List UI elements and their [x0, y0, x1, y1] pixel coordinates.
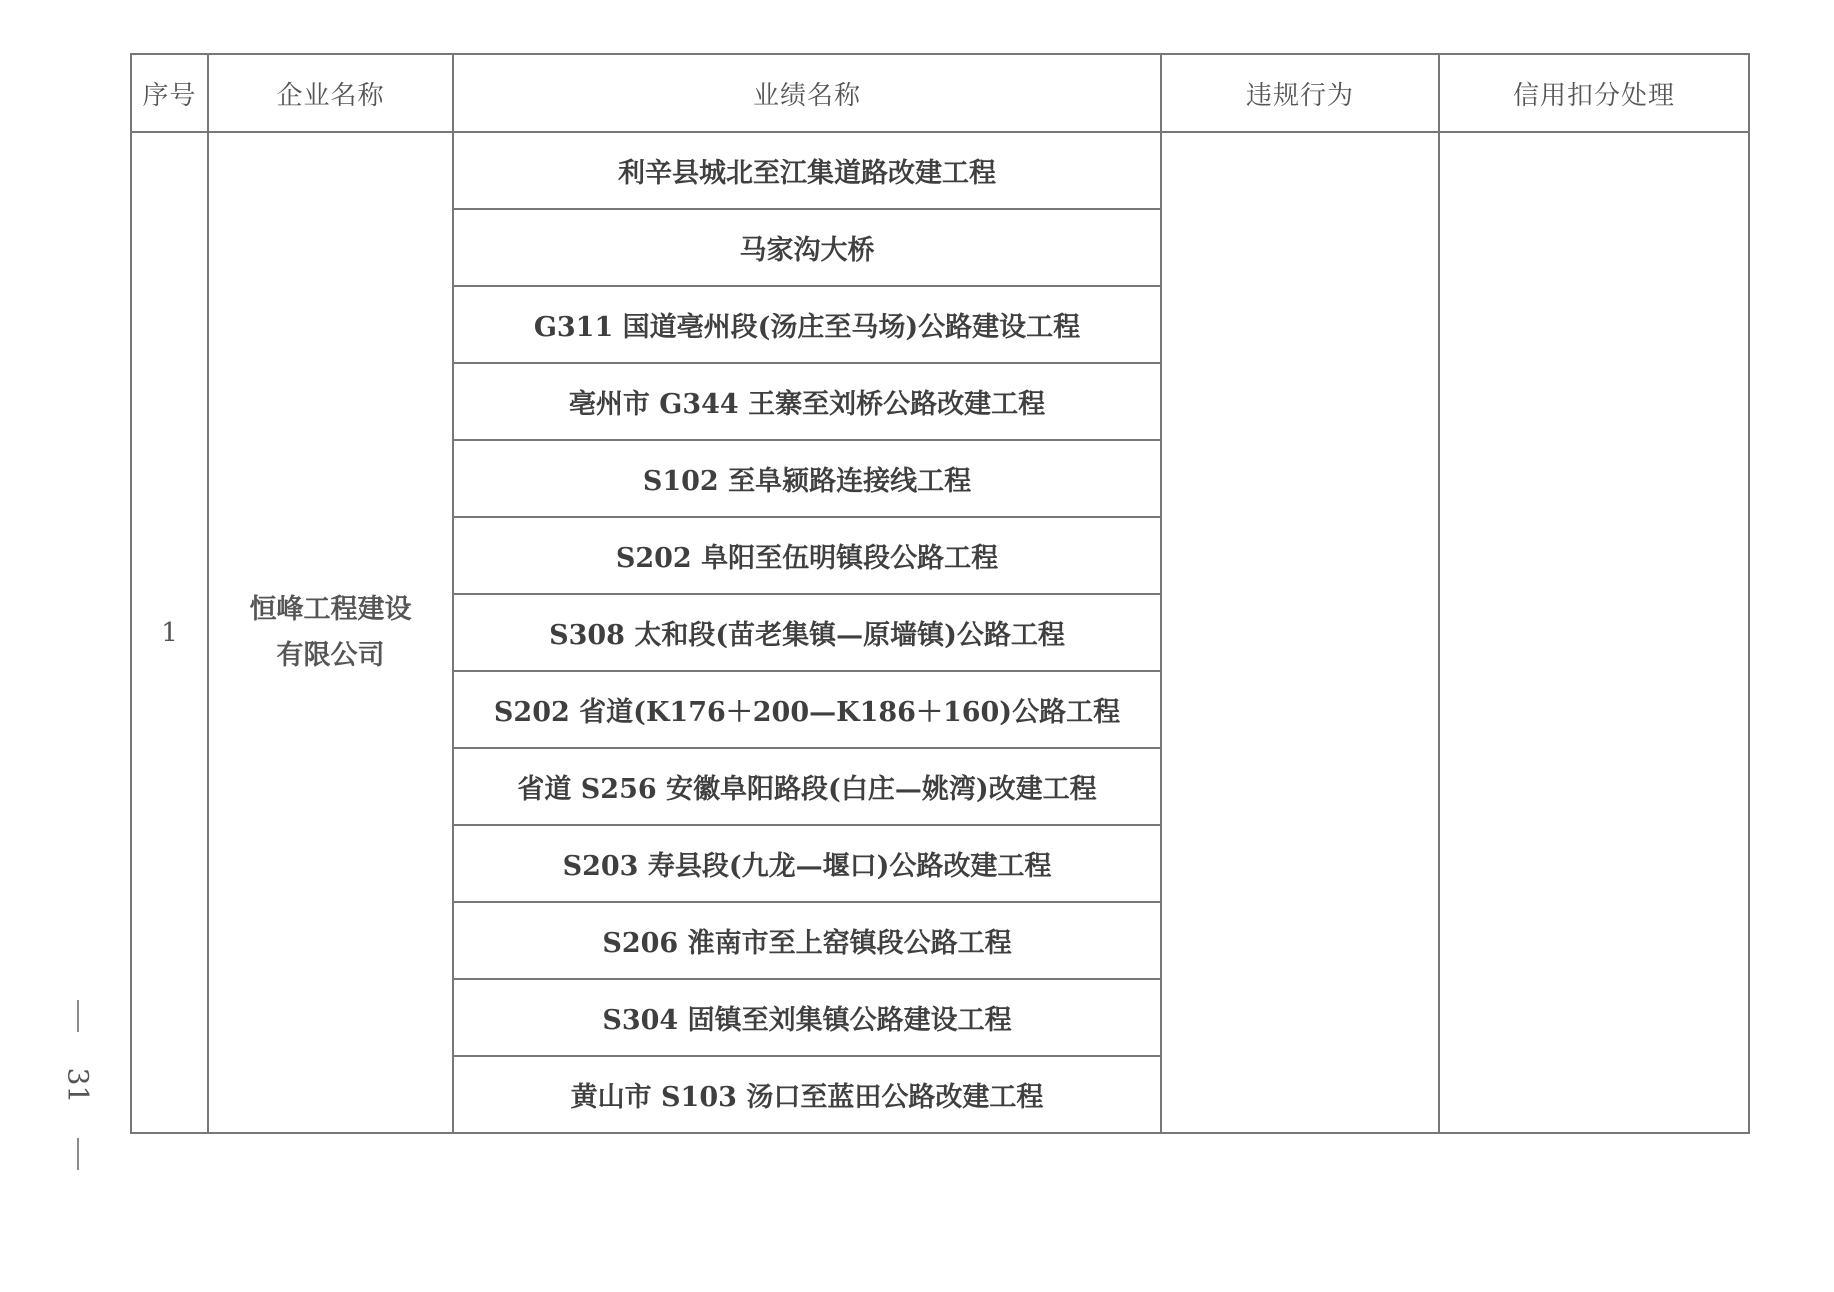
header-index: 序号	[131, 54, 208, 132]
header-violation: 违规行为	[1161, 54, 1439, 132]
project-cell: S102 至阜颍路连接线工程	[453, 440, 1161, 517]
project-cell: 黄山市 S103 汤口至蓝田公路改建工程	[453, 1056, 1161, 1133]
project-cell: S203 寿县段(九龙—堰口)公路改建工程	[453, 825, 1161, 902]
performance-table: 序号 企业名称 业绩名称 违规行为 信用扣分处理 1 恒峰工程建设 有限公司 利…	[130, 53, 1750, 1134]
header-project: 业绩名称	[453, 54, 1161, 132]
project-cell: 利辛县城北至江集道路改建工程	[453, 132, 1161, 209]
record-penalty	[1439, 132, 1749, 1133]
page-number-value: 31	[61, 1067, 94, 1103]
header-company: 企业名称	[208, 54, 453, 132]
record-company: 恒峰工程建设 有限公司	[208, 132, 453, 1133]
project-cell: G311 国道亳州段(汤庄至马场)公路建设工程	[453, 286, 1161, 363]
performance-violation-table-page: 序号 企业名称 业绩名称 违规行为 信用扣分处理 1 恒峰工程建设 有限公司 利…	[130, 53, 1748, 1131]
record-index: 1	[131, 132, 208, 1133]
page-number-dash-bottom	[77, 1138, 79, 1170]
project-cell: S304 固镇至刘集镇公路建设工程	[453, 979, 1161, 1056]
table-row: 1 恒峰工程建设 有限公司 利辛县城北至江集道路改建工程	[131, 132, 1749, 209]
company-name-line-2: 有限公司	[209, 633, 452, 679]
project-cell: S202 阜阳至伍明镇段公路工程	[453, 517, 1161, 594]
record-violation	[1161, 132, 1439, 1133]
page-number-dash-top	[77, 1000, 79, 1032]
project-cell: S308 太和段(苗老集镇—原墙镇)公路工程	[453, 594, 1161, 671]
project-cell: 省道 S256 安徽阜阳路段(白庄—姚湾)改建工程	[453, 748, 1161, 825]
table-header-row: 序号 企业名称 业绩名称 违规行为 信用扣分处理	[131, 54, 1749, 132]
project-cell: S202 省道(K176＋200—K186＋160)公路工程	[453, 671, 1161, 748]
header-penalty: 信用扣分处理	[1439, 54, 1749, 132]
project-cell: 亳州市 G344 王寨至刘桥公路改建工程	[453, 363, 1161, 440]
project-cell: S206 淮南市至上窑镇段公路工程	[453, 902, 1161, 979]
company-name-line-1: 恒峰工程建设	[209, 587, 452, 633]
page-number: 31	[50, 1000, 106, 1170]
project-cell: 马家沟大桥	[453, 209, 1161, 286]
